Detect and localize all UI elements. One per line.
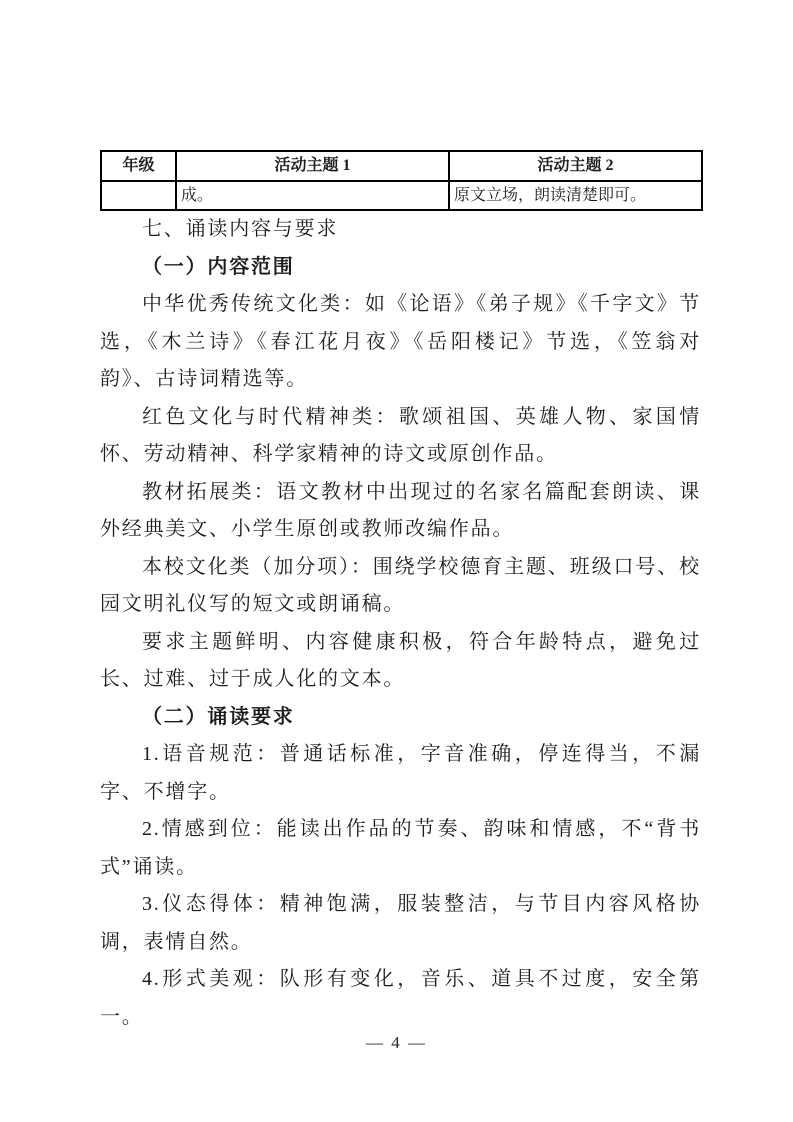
column-header-theme1: 活动主题 1 (176, 151, 449, 181)
item-pronunciation: 1.语音规范：普通话标准，字音准确，停连得当，不漏字、不增字。 (100, 736, 701, 811)
paragraph-red-culture: 红色文化与时代精神类：歌颂祖国、英雄人物、家国情怀、劳动精神、科学家精神的诗文或… (100, 399, 701, 474)
section-heading: 七、诵读内容与要求 (100, 211, 701, 249)
cell-grade (101, 181, 176, 210)
item-form: 4.形式美观：队形有变化，音乐、道具不过度，安全第一。 (100, 961, 701, 1036)
paragraph-school-culture: 本校文化类（加分项）：围绕学校德育主题、班级口号、校园文明礼仪写的短文或朗诵稿。 (100, 549, 701, 624)
column-header-grade: 年级 (101, 151, 176, 181)
table-header-row: 年级 活动主题 1 活动主题 2 (101, 151, 702, 181)
cell-theme2: 原文立场，朗读清楚即可。 (449, 181, 702, 210)
subsection-heading-1: （一）内容范围 (100, 249, 701, 287)
activity-themes-table: 年级 活动主题 1 活动主题 2 成。 原文立场，朗读清楚即可。 (100, 150, 703, 211)
cell-theme1: 成。 (176, 181, 449, 210)
item-emotion: 2.情感到位：能读出作品的节奏、韵味和情感，不“背书式”诵读。 (100, 811, 701, 886)
paragraph-traditional-culture: 中华优秀传统文化类：如《论语》《弟子规》《千字文》节选，《木兰诗》《春江花月夜》… (100, 286, 701, 399)
paragraph-theme-requirements: 要求主题鲜明、内容健康积极，符合年龄特点，避免过长、过难、过于成人化的文本。 (100, 624, 701, 699)
subsection-heading-2: （二）诵读要求 (100, 699, 701, 737)
document-body: 七、诵读内容与要求 （一）内容范围 中华优秀传统文化类：如《论语》《弟子规》《千… (100, 211, 701, 1036)
document-page: 年级 活动主题 1 活动主题 2 成。 原文立场，朗读清楚即可。 七、诵读内容与… (0, 0, 793, 1122)
paragraph-textbook-extension: 教材拓展类：语文教材中出现过的名家名篇配套朗读、课外经典美文、小学生原创或教师改… (100, 474, 701, 549)
column-header-theme2: 活动主题 2 (449, 151, 702, 181)
table-row: 成。 原文立场，朗读清楚即可。 (101, 181, 702, 210)
item-demeanor: 3.仪态得体：精神饱满，服装整洁，与节目内容风格协调，表情自然。 (100, 886, 701, 961)
page-number: — 4 — (0, 1033, 793, 1053)
